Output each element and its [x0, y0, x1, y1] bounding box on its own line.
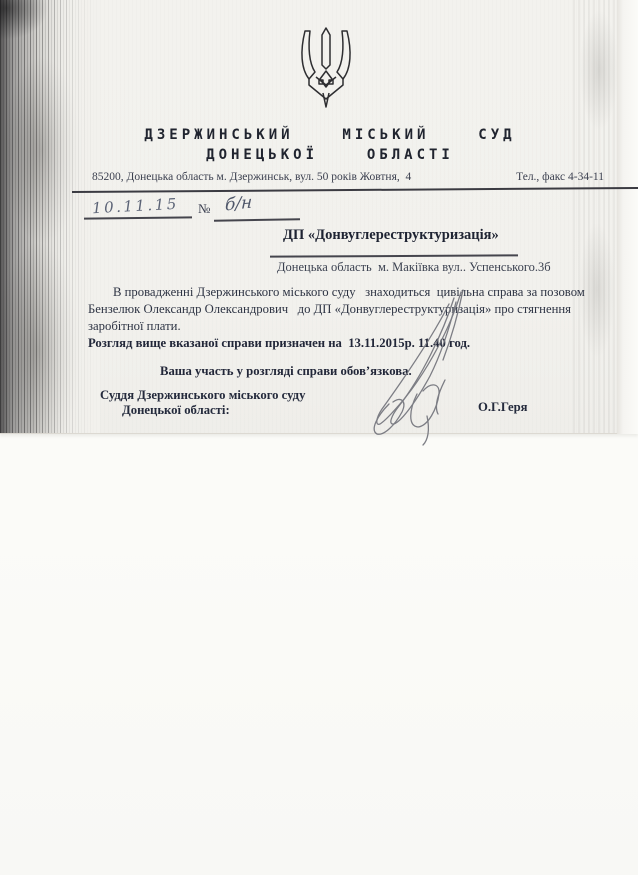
judge-title-line1: Суддя Дзержинського міського суду: [100, 388, 305, 403]
addressee-name: ДП «Донвуглереструктуризація»: [283, 227, 499, 244]
body-line-3: заробітної плати.: [88, 318, 585, 335]
body-line-1: В провадженні Дзержинського міського суд…: [88, 284, 585, 301]
handwritten-signature: [355, 288, 485, 451]
hearing-date-line: Розгляд вище вказаної справи призначен н…: [88, 335, 585, 352]
scan-right-paper-edge: [617, 0, 638, 434]
judge-name: О.Г.Геря: [478, 400, 528, 415]
scan-left-edge-artifact: [0, 0, 100, 433]
ukraine-trident-icon: [295, 27, 357, 114]
court-name-line2: ДОНЕЦЬКОЇ ОБЛАСТІ: [22, 147, 638, 163]
court-phone: Тел., факс 4-34-11: [516, 171, 604, 183]
number-sign: №: [198, 201, 210, 217]
addressee-address: Донецька область м. Макіївка вул.. Успен…: [277, 260, 551, 275]
scan-right-smudge-artifact: [573, 0, 617, 433]
judge-title-line2: Донецької області:: [122, 403, 230, 418]
body-paragraph: В провадженні Дзержинського міського суд…: [88, 284, 585, 352]
court-name-line1: ДЗЕРЖИНСЬКИЙ МІСЬКИЙ СУД: [22, 127, 638, 143]
body-line-2: Бензелюк Олександр Олександрович до ДП «…: [88, 301, 585, 318]
letterhead-contact-row: 85200, Донецька область м. Дзержинськ, в…: [92, 171, 604, 183]
scanned-document-page: ДЗЕРЖИНСЬКИЙ МІСЬКИЙ СУД ДОНЕЦЬКОЇ ОБЛАС…: [0, 0, 638, 875]
handwritten-number: б/н: [225, 192, 253, 215]
court-address: 85200, Донецька область м. Дзержинськ, в…: [92, 171, 411, 183]
